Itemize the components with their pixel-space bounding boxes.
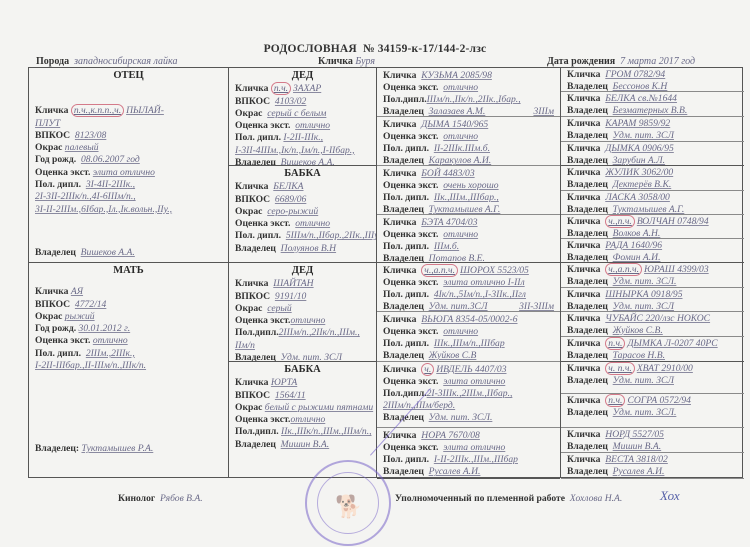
dog-emblem-icon: 🐕	[335, 494, 362, 520]
great-great-grandparent-cell: Кличка ч. п.ч.ХВАТ 2910/00Владелец Удм. …	[561, 362, 744, 394]
great-great-grandparent-cell: Кличка ДЫМКА 0906/95Владелец Зарубин А.Л…	[561, 142, 744, 166]
breed-field: Порода западносибирская лайка	[36, 56, 177, 67]
pedigree-number: № 34159-к-17/144-2-лзс	[363, 43, 486, 55]
title-badge: ч. п.ч.	[605, 362, 635, 375]
great-grandparent-cell: Кличка КУЗЬМА 2085/98Оценка экст. отличн…	[377, 68, 560, 117]
great-great-grandparent-cell: Кличка п.ч.ДЫМКА Л-0207 40РСВладелец Тар…	[561, 337, 744, 362]
title-badge: ч.	[421, 363, 434, 376]
title-badge: п.ч.	[605, 394, 625, 407]
great-grandparent-cell: Кличка ВЬЮГА 8354-05/0002-6Оценка экст. …	[377, 312, 560, 362]
grandparents-column: ДЕД Кличка п.ч.ЗАХАР ВПКОС 4103/02 Окрас…	[229, 68, 377, 477]
great-grandparent-cell: Кличка БОЙ 4483/03Оценка экст. очень хор…	[377, 166, 560, 215]
dog-name-value: Буря	[355, 56, 375, 67]
document-title: РОДОСЛОВНАЯ№ 34159-к-17/144-2-лзс	[0, 43, 750, 55]
great-great-grandparent-cell: Кличка ч.,п.ч.ВОЛЧАН 0748/94Владелец Вол…	[561, 215, 744, 239]
great-great-grandparent-cell: Кличка п.ч.СОГРА 0572/94Владелец Удм. пи…	[561, 394, 744, 428]
great-great-grandparent-cell: Кличка КАРАМ 9859/92Владелец Удм. пит. З…	[561, 117, 744, 142]
title-badge: ч.,а.п.ч.	[421, 264, 458, 277]
great-great-grandparent-cell: Кличка БЕЛКА св.№1644Владелец Безматерны…	[561, 92, 744, 117]
great-grandparent-cell: Кличка БЭТА 4704/03Оценка экст. отличноП…	[377, 215, 560, 263]
great-great-grandparent-cell: Кличка ЧУБАЙС 220/лзс НОКОСВладелец Жуйк…	[561, 312, 744, 337]
cynologist-field: Кинолог Рябов В.А.	[118, 493, 203, 504]
handwritten-signature: Хох	[660, 488, 680, 504]
title-badge: п.ч.	[605, 337, 625, 350]
maternal-grandsire-cell: ДЕД Кличка ШАЙТАН ВПКОС 9191/10 Окрас се…	[229, 263, 376, 362]
breed-value: западносибирская лайка	[74, 56, 177, 67]
title-badge: ч.,а.п.ч.	[605, 263, 642, 276]
pedigree-table: ОТЕЦ Кличка п.ч.,к.п.п.,ч.ПЫЛАЙ- ПЛУТ ВП…	[28, 67, 743, 478]
great-great-grandparent-cell: Кличка РАДА 1640/96Владелец Фомин А.И.	[561, 239, 744, 263]
mother-cell: МАТЬ Кличка АЯ ВПКОС 4772/14 Окрас рыжий…	[29, 263, 228, 477]
birth-date-value: 7 марта 2017 год	[620, 56, 695, 67]
great-great-grandparents-column: Кличка ГРОМ 0782/94Владелец Бессонов К.Н…	[561, 68, 744, 477]
great-great-grandparent-cell: Кличка ЖУЛИК 3062/00Владелец Дектерёв В.…	[561, 166, 744, 191]
great-great-grandparent-cell: Кличка ВЕСТА 3818/02Владелец Русалев А.И…	[561, 453, 744, 479]
title-text: РОДОСЛОВНАЯ	[264, 43, 357, 55]
great-great-grandparent-cell: Кличка ЛАСКА 3058/00Владелец Туктамышев …	[561, 191, 744, 215]
club-seal-stamp: 🐕	[305, 460, 391, 546]
great-great-grandparent-cell: Кличка НОРД 5527/05Владелец Мишин В.А.	[561, 428, 744, 453]
great-grandparent-cell: Кличка ч.,а.п.ч.ШОРОХ 5523/05Оценка экст…	[377, 263, 560, 312]
great-great-grandparent-cell: Кличка ШНЫРКА 0918/95Владелец Удм. пит. …	[561, 288, 744, 312]
great-great-grandparent-cell: Кличка ГРОМ 0782/94Владелец Бессонов К.Н	[561, 68, 744, 92]
parents-column: ОТЕЦ Кличка п.ч.,к.п.п.,ч.ПЫЛАЙ- ПЛУТ ВП…	[29, 68, 229, 477]
father-cell: ОТЕЦ Кличка п.ч.,к.п.п.,ч.ПЫЛАЙ- ПЛУТ ВП…	[29, 68, 228, 263]
dog-name-field: Кличка Буря	[318, 56, 375, 67]
great-grandparent-cell: Кличка ДЫМА 1540/965Оценка экст. отлично…	[377, 117, 560, 166]
title-badge: п.ч.,к.п.п.,ч.	[71, 104, 124, 117]
title-badge: ч.,п.ч.	[605, 215, 635, 228]
birth-date-field: Дата рождения 7 марта 2017 год	[547, 56, 695, 67]
paternal-granddam-cell: БАБКА Кличка БЕЛКА ВПКОС 6689/06 Окрас с…	[229, 166, 376, 263]
paternal-grandsire-cell: ДЕД Кличка п.ч.ЗАХАР ВПКОС 4103/02 Окрас…	[229, 68, 376, 166]
great-great-grandparent-cell: Кличка ч.,а.п.ч.ЮРАШ 4399/03Владелец Удм…	[561, 263, 744, 288]
authorized-field: Уполномоченный по племенной работе Хохло…	[395, 493, 622, 504]
